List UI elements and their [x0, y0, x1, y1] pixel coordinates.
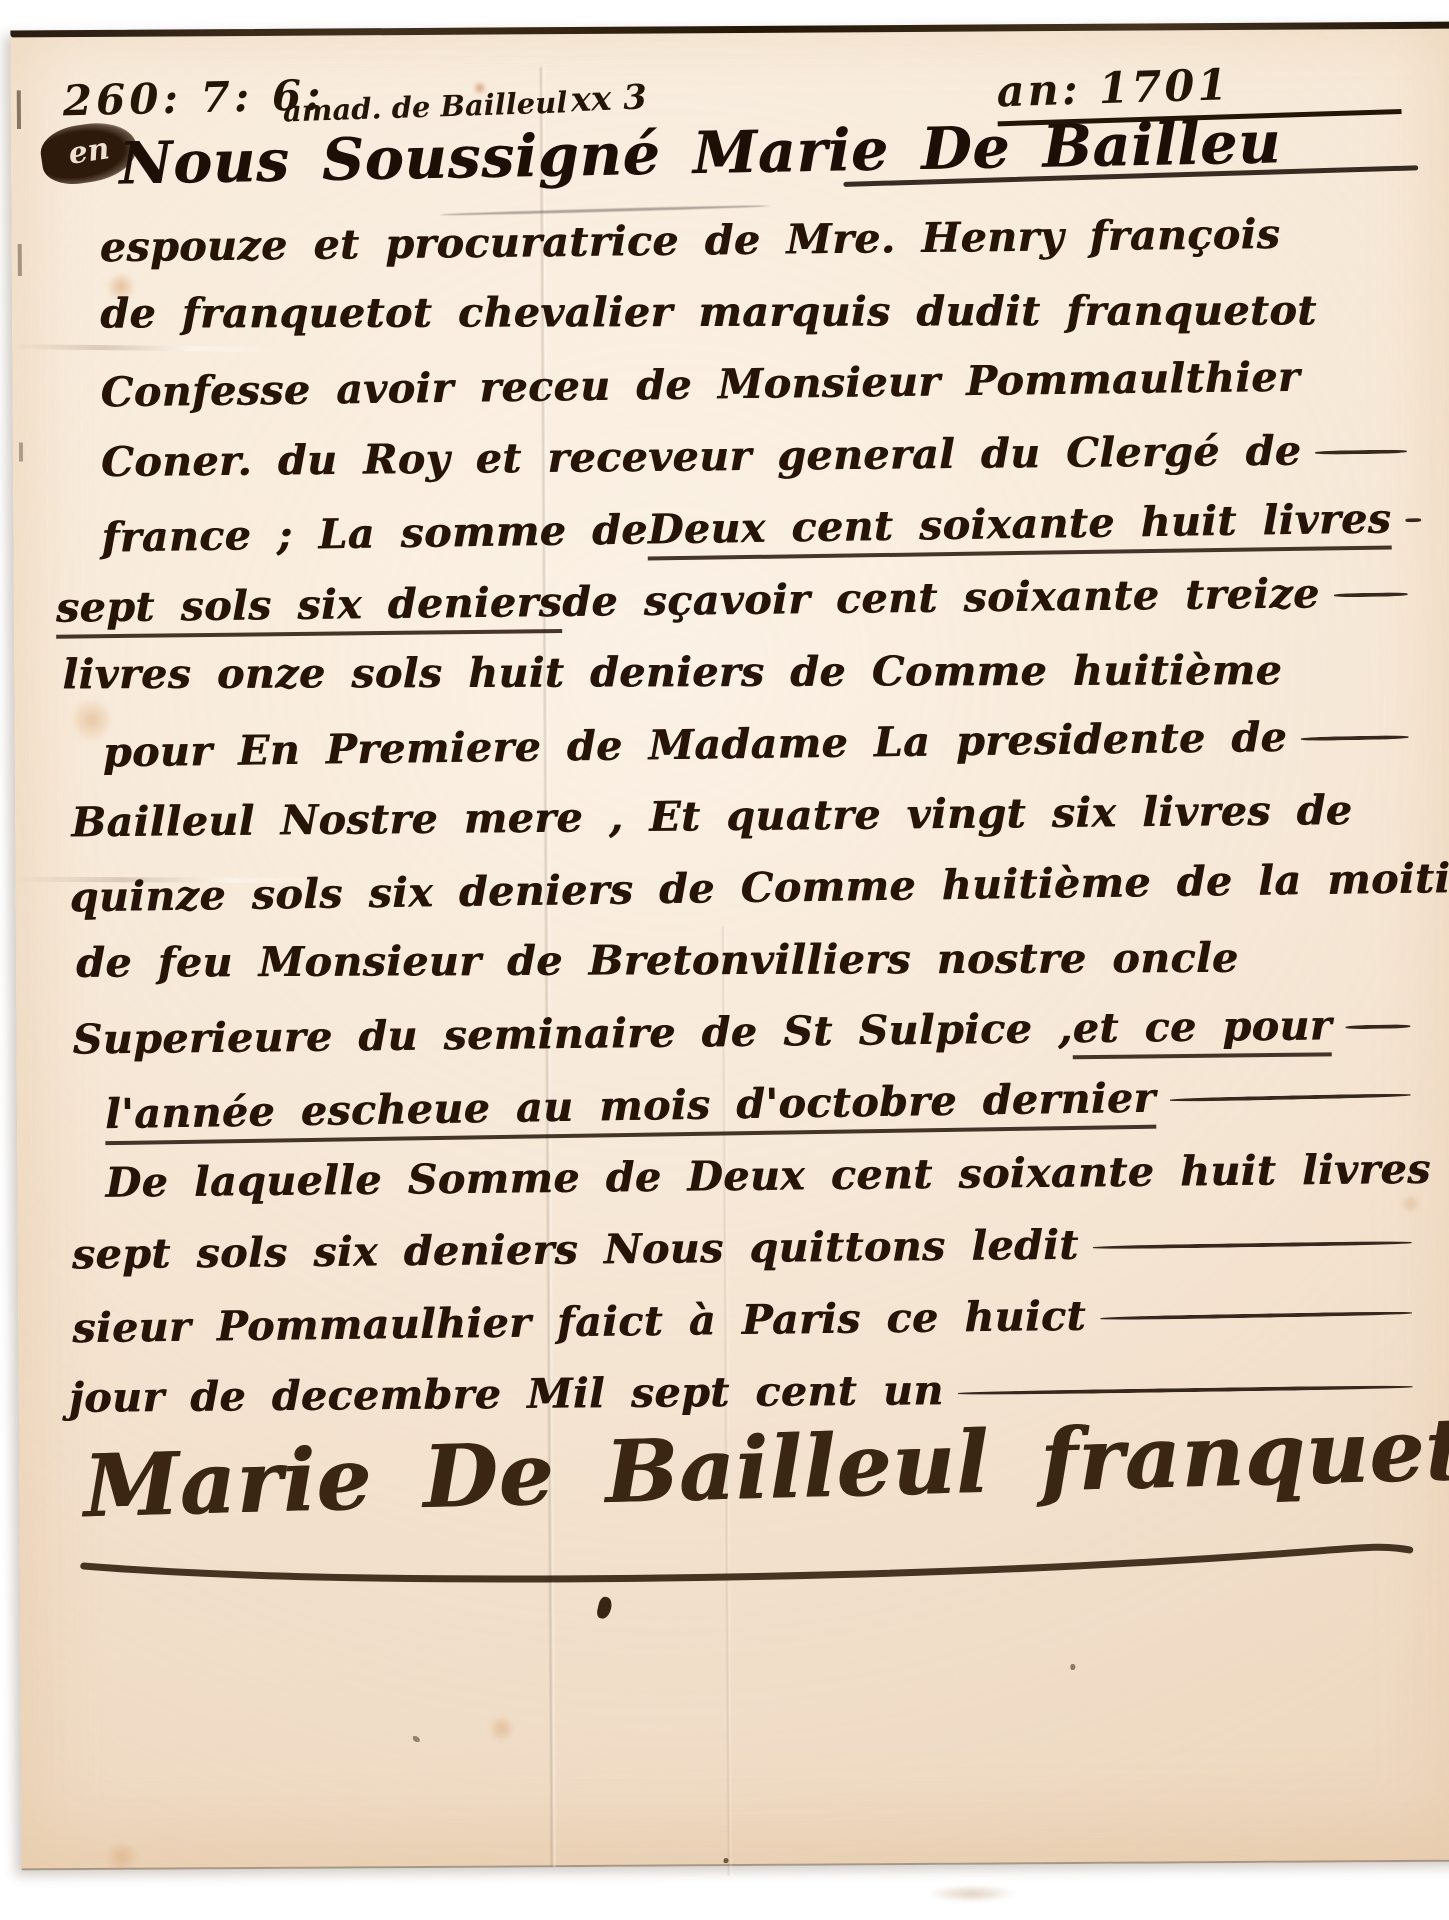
ink-stroke: [1320, 606, 1412, 607]
ink-stroke: [1086, 1326, 1416, 1330]
manuscript-text: pour En Premiere de Madame La presidente…: [102, 713, 1287, 776]
fox-stain: [487, 1715, 517, 1741]
manuscript-line: espouze et procuratrice de Mre. Henry fr…: [99, 208, 1410, 295]
manuscript-text: de franquetot chevalier marquis dudit fr…: [100, 286, 1316, 337]
ink-stroke: [1287, 749, 1413, 751]
manuscript-text: sept sols six deniers: [56, 578, 563, 639]
manuscript-paper: 260: 7: 6: amad. de Bailleul xx 3 an: 17…: [10, 22, 1449, 1871]
manuscript-text: Deux cent soixante huit livres: [647, 494, 1391, 560]
ink-stroke: [1391, 532, 1425, 533]
manuscript-line: de franquetot chevalier marquis dudit fr…: [100, 286, 1410, 361]
ink-blot: [596, 1596, 614, 1620]
fox-stain: [927, 1884, 1017, 1903]
manuscript-text: livres onze sols huit deniers de Comme h…: [62, 646, 1282, 698]
manuscript-text: Superieure du seminaire de St Sulpice ,: [72, 1004, 1073, 1063]
ink-stroke: [1079, 1256, 1416, 1259]
manuscript-text: de sçavoir cent soixante treize: [562, 569, 1320, 626]
manuscript-text: jour de decembre Mil sept cent un: [69, 1366, 944, 1422]
manuscript-text: sept sols six deniers Nous quittons ledi…: [72, 1221, 1079, 1279]
manuscript-text: france ; La somme de: [101, 506, 648, 562]
signature-flourish: [76, 1522, 1421, 1594]
ink-stroke: [1301, 464, 1411, 465]
manuscript-text: Coner. du Roy et receveur general du Cle…: [101, 427, 1302, 487]
fox-stain: [101, 1844, 141, 1870]
scan-background: 260: 7: 6: amad. de Bailleul xx 3 an: 17…: [0, 0, 1449, 1920]
ink-stroke: [1156, 1108, 1415, 1112]
document-body: Nous Soussigné Marie De Bailleuespouze e…: [79, 114, 1417, 1444]
manuscript-text: Nous Soussigné Marie De Bailleu: [118, 108, 1281, 197]
paper-left-edge: [17, 90, 25, 730]
manuscript-line: De laquelle Somme de Deux cent soixante …: [105, 1145, 1416, 1231]
manuscript-text: Confesse avoir receu de Monsieur Pommaul…: [100, 353, 1300, 417]
manuscript-line: Nous Soussigné Marie De Bailleu: [118, 106, 1410, 228]
ink-stroke: [1332, 1038, 1415, 1039]
ink-speck: [413, 1736, 420, 1742]
manuscript-line: sept sols six deniers de sçavoir cent so…: [56, 568, 1413, 655]
manuscript-text: et ce pour: [1072, 1001, 1332, 1059]
manuscript-text: de feu Monsieur de Bretonvilliers nostre…: [76, 934, 1239, 987]
manuscript-line: livres onze sols huit deniers de Comme h…: [62, 646, 1412, 723]
folio-note: xx 3: [570, 77, 648, 120]
manuscript-line: de feu Monsieur de Bretonvilliers nostre…: [76, 933, 1414, 1011]
ink-speck: [1070, 1664, 1075, 1670]
